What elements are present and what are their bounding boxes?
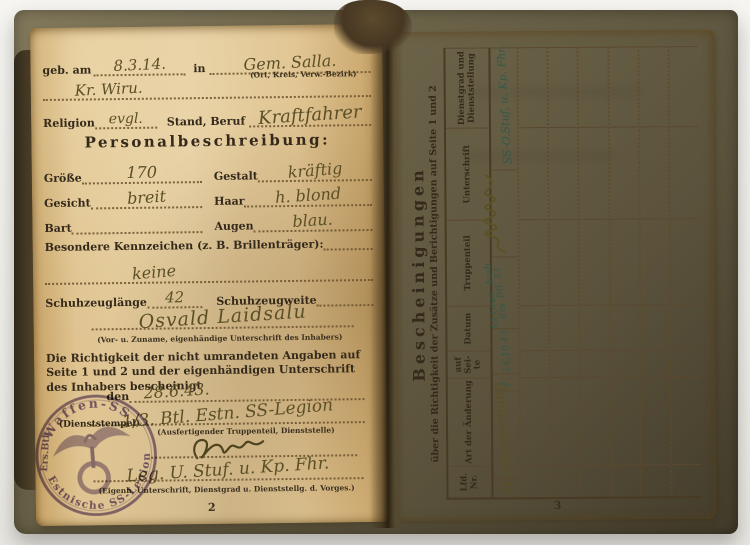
cell-art: Umbenennung	[493, 390, 520, 478]
bescheinigungen-heading: Bescheinigungen	[407, 48, 429, 500]
religion-value: evgl.	[109, 111, 143, 127]
col-header-dienstgrad: Dienstgrad und Dienststellung	[445, 47, 489, 127]
bescheinigungen-table: Lfd. Nr. Art der Änderung auf Sei-te Dat…	[443, 46, 700, 500]
augen-label: Augen	[214, 219, 253, 232]
augen-group: Augen blau.	[202, 210, 372, 233]
col-header-seite: auf Sei-te	[448, 350, 491, 377]
empty-row	[609, 46, 642, 496]
haar-field: h. blond	[244, 185, 372, 208]
religion-row: Religion evgl. Stand, Beruf Kraftfahrer	[43, 104, 371, 130]
gesicht-group: Gesicht breit	[44, 187, 202, 210]
geb-am-field: 8.3.14.	[93, 54, 185, 76]
kennzeichen-value: keine	[131, 261, 176, 284]
groesse-label: Größe	[44, 172, 82, 185]
groesse-value: 170	[126, 163, 157, 182]
haar-label: Haar	[214, 195, 245, 208]
augen-value: blau.	[292, 209, 333, 231]
bart-group: Bart	[44, 220, 202, 235]
geb-am-label: geb. am	[42, 63, 91, 77]
kennzeichen-row: Besondere Kennzeichen (z. B. Brillenträg…	[45, 237, 373, 254]
birthplace-value-2: Kr. Wiru.	[74, 79, 143, 100]
empty-row	[669, 46, 700, 496]
row1-art: Umbenennung	[490, 382, 516, 488]
religion-label: Religion	[43, 116, 95, 130]
religion-field: evgl.	[95, 108, 157, 130]
empty-row	[549, 47, 582, 497]
birthplace-field-2: Kr. Wiru.	[43, 76, 371, 101]
empty-row	[519, 47, 552, 497]
bescheinigungen-rotated-block: Bescheinigungen über die Richtigkeit der…	[407, 46, 706, 500]
schuhlaenge-value: 42	[165, 288, 184, 306]
birth-row-2: Kr. Wiru.	[43, 76, 371, 101]
gestalt-value: kräftig	[287, 158, 343, 181]
empty-row	[639, 46, 672, 496]
groesse-field: 170	[82, 162, 202, 184]
beruf-value: Kraftfahrer	[258, 101, 363, 129]
groesse-gestalt-row: Größe 170 Gestalt kräftig	[44, 160, 372, 185]
page-right: Bescheinigungen über die Richtigkeit der…	[395, 30, 716, 521]
col-header-datum: Datum	[447, 305, 490, 350]
cell-truppenteil: SS Gren. Ausb. Ers. Btl. 33	[492, 256, 519, 328]
haar-group: Haar h. blond	[202, 185, 372, 208]
kennzeichen-field	[324, 248, 373, 251]
soldbuch-photo: geb. am 8.3.14. in Gem. Salla. (Ort, Kre…	[0, 0, 750, 545]
page-left: geb. am 8.3.14. in Gem. Salla. (Ort, Kre…	[30, 24, 388, 526]
gestalt-label: Gestalt	[214, 169, 258, 183]
row1-signature-scribble	[476, 171, 517, 255]
haar-value: h. blond	[275, 184, 342, 207]
augen-field: blau.	[253, 210, 372, 232]
geb-am-value: 8.3.14.	[113, 55, 166, 75]
beruf-field: Kraftfahrer	[249, 104, 371, 127]
cell-datum: 14.10.43	[493, 328, 519, 373]
row1-datum: 14.10.43	[499, 330, 513, 373]
gesicht-value: breit	[126, 187, 166, 208]
personalbeschreibung-heading: Personalbeschreibung:	[31, 130, 383, 152]
kennzeichen-label: Besondere Kennzeichen (z. B. Brillenträg…	[45, 238, 324, 254]
kennzeichen-row-2: keine	[45, 260, 373, 285]
row1-dienstgrad: SS-O.Stuf. u. Kp. Fhr.	[494, 45, 514, 165]
gestalt-field: kräftig	[258, 160, 372, 182]
bart-label: Bart	[44, 222, 71, 235]
empty-row	[579, 47, 612, 497]
groesse-group: Größe 170	[44, 162, 202, 185]
bart-augen-row: Bart Augen blau.	[44, 210, 372, 235]
table-row-1: 1. Umbenennung 1. 14.10.43 SS Gren. Ausb…	[491, 47, 522, 497]
in-label: in	[193, 62, 205, 75]
cell-unterschrift	[491, 169, 518, 256]
gesicht-label: Gesicht	[44, 196, 91, 210]
dienststempel-label: (Dienststempel)	[59, 419, 140, 430]
gestalt-group: Gestalt kräftig	[202, 160, 372, 183]
col-header-art: Art der Änderung	[448, 377, 492, 465]
gesicht-field: breit	[90, 187, 202, 209]
den-value: 28.6.43.	[143, 379, 210, 402]
gesicht-haar-row: Gesicht breit Haar h. blond	[44, 185, 372, 210]
owner-signature-field: Osvald Laidsalu	[91, 304, 353, 330]
cell-seite: 1.	[493, 373, 519, 390]
row1-seite: 1.	[499, 377, 512, 388]
stamp-side-text: Ers.Btl.	[39, 431, 52, 472]
col-header-lfd-nr: Lfd. Nr.	[448, 465, 491, 497]
beruf-label: Stand, Beruf	[167, 115, 245, 129]
owner-signature-sublabel: (Vor- u. Zuname, eigenhändige Unterschri…	[74, 332, 366, 345]
cell-dienstgrad: SS-O.Stuf. u. Kp. Fhr.	[491, 47, 518, 169]
bescheinigungen-subheading: über die Richtigkeit der Zusätze und Ber…	[427, 48, 441, 500]
kennzeichen-field-2: keine	[45, 260, 373, 285]
bart-field	[72, 231, 203, 235]
page-number-right: 3	[399, 498, 717, 513]
owner-signature-row: Osvald Laidsalu	[91, 304, 353, 330]
